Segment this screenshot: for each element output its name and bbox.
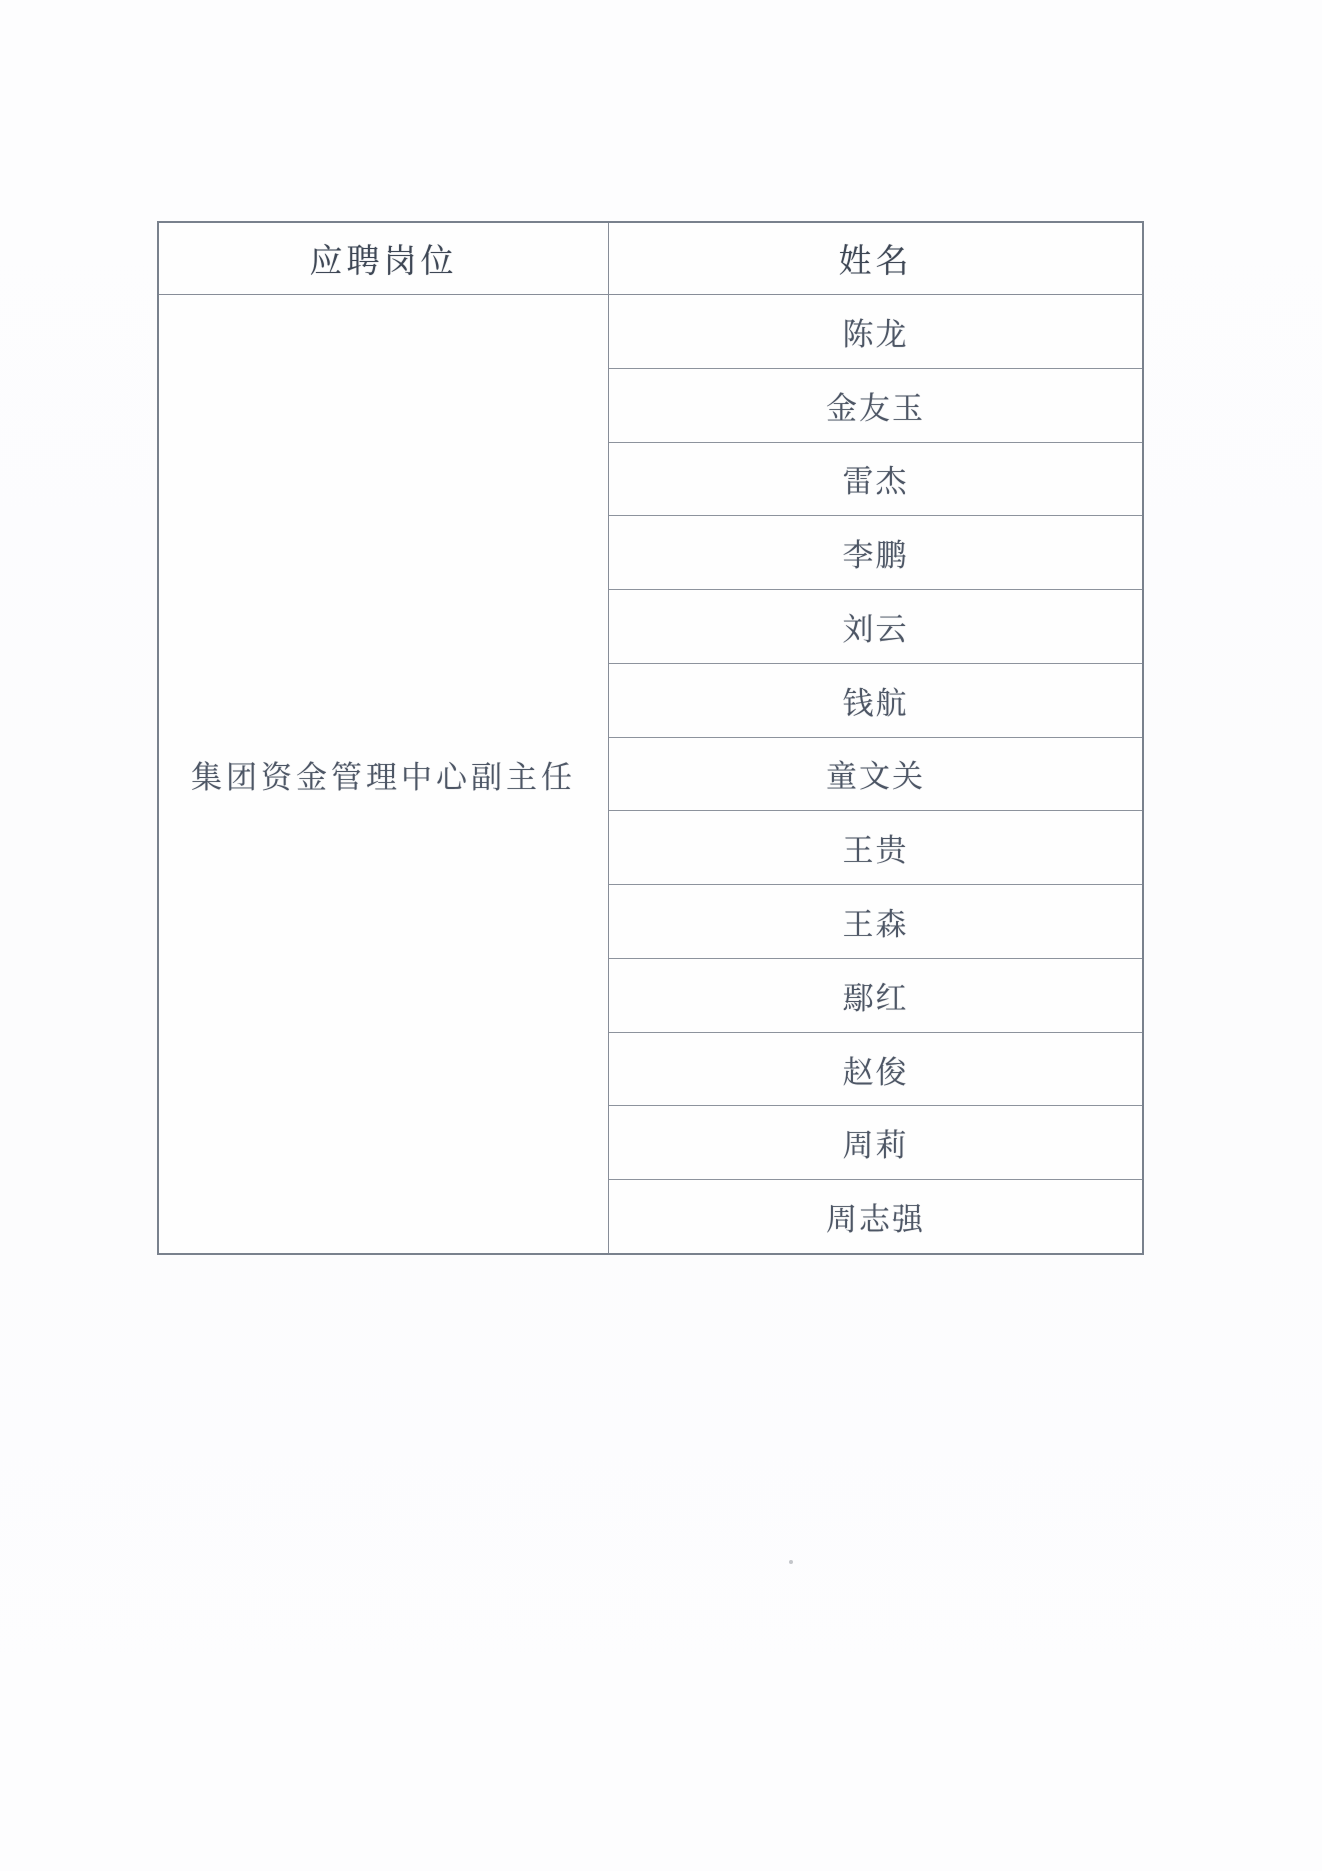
applicants-table: 应聘岗位 姓名 集团资金管理中心副主任 陈龙 金友玉 雷杰 <box>157 221 1144 1255</box>
applicant-name: 李鹏 <box>843 530 909 575</box>
table-row: 钱航 <box>609 664 1142 738</box>
table-row: 周志强 <box>609 1180 1142 1253</box>
applicant-name: 鄢红 <box>843 973 909 1018</box>
applicant-name: 金友玉 <box>826 383 925 428</box>
header-cell-position: 应聘岗位 <box>159 223 609 294</box>
table-row: 刘云 <box>609 590 1142 664</box>
table-row: 童文关 <box>609 738 1142 812</box>
applicant-name: 刘云 <box>843 604 909 649</box>
applicant-name: 雷杰 <box>843 456 909 501</box>
scanned-document-page: 应聘岗位 姓名 集团资金管理中心副主任 陈龙 金友玉 雷杰 <box>0 0 1322 1871</box>
applicant-name: 陈龙 <box>843 309 909 354</box>
table-header-row: 应聘岗位 姓名 <box>159 223 1142 295</box>
table-row: 周莉 <box>609 1106 1142 1180</box>
merged-position-cell: 集团资金管理中心副主任 <box>159 295 609 1253</box>
table-row: 王森 <box>609 885 1142 959</box>
applicant-name: 周志强 <box>826 1194 925 1239</box>
table-row: 李鹏 <box>609 516 1142 590</box>
table-row: 赵俊 <box>609 1033 1142 1107</box>
table-body: 集团资金管理中心副主任 陈龙 金友玉 雷杰 李鹏 刘云 <box>159 295 1142 1253</box>
table-row: 金友玉 <box>609 369 1142 443</box>
position-title: 集团资金管理中心副主任 <box>191 752 576 797</box>
table-row: 鄢红 <box>609 959 1142 1033</box>
table-row: 王贵 <box>609 811 1142 885</box>
applicant-name: 钱航 <box>843 678 909 723</box>
applicant-name: 王贵 <box>843 825 909 870</box>
header-cell-name: 姓名 <box>609 223 1142 294</box>
applicant-name: 赵俊 <box>843 1047 909 1092</box>
table-row: 雷杰 <box>609 443 1142 517</box>
applicant-name: 童文关 <box>826 751 925 796</box>
name-column-header: 姓名 <box>839 235 913 282</box>
scan-artifact-dot <box>789 1560 793 1564</box>
table-row: 陈龙 <box>609 295 1142 369</box>
position-column-header: 应聘岗位 <box>310 235 458 282</box>
applicant-name: 王森 <box>843 899 909 944</box>
names-column: 陈龙 金友玉 雷杰 李鹏 刘云 钱航 童文关 <box>609 295 1142 1253</box>
applicant-name: 周莉 <box>843 1120 909 1165</box>
